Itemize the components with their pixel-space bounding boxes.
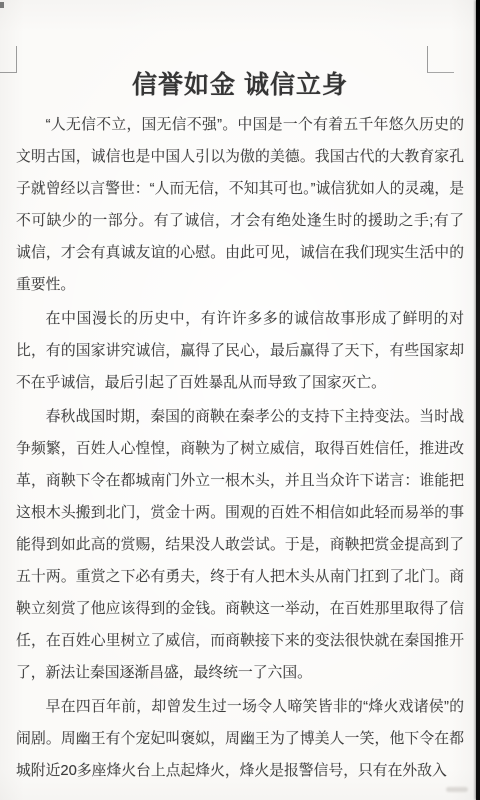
page-edge-shadow bbox=[476, 0, 480, 800]
document-title: 信誉如金 诚信立身 bbox=[16, 66, 464, 104]
photo-speck bbox=[0, 2, 4, 8]
margin-corner-mark-left bbox=[0, 46, 17, 73]
paragraph-4: 早在四百年前，却曾发生过一场令人啼笑皆非的“烽火戏诸侯”的闹剧。周幽王有个宠妃叫… bbox=[16, 691, 464, 787]
paragraph-3: 春秋战国时期，秦国的商鞅在秦孝公的支持下主持变法。当时战争频繁，百姓人心惶惶，商… bbox=[16, 401, 464, 689]
photo-smudge bbox=[446, 787, 468, 792]
paragraph-2: 在中国漫长的历史中，有许许多多的诚信故事形成了鲜明的对比，有的国家讲究诚信，赢得… bbox=[16, 303, 464, 399]
document-content: 信誉如金 诚信立身 “人无信不立，国无信不强”。中国是一个有着五千年悠久历史的文… bbox=[16, 66, 464, 789]
paragraph-1: “人无信不立，国无信不强”。中国是一个有着五千年悠久历史的文明古国，诚信也是中国… bbox=[16, 109, 464, 301]
document-page-photo: 信誉如金 诚信立身 “人无信不立，国无信不强”。中国是一个有着五千年悠久历史的文… bbox=[0, 0, 480, 800]
